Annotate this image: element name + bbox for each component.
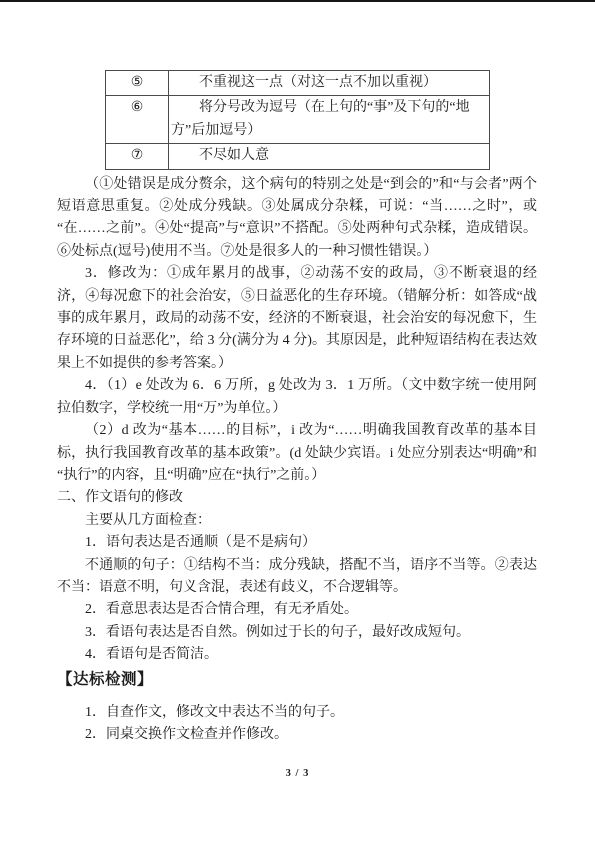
paragraph-answer-4-1: 4．（1）e 处改为 6．6 万所，g 处改为 3．1 万所。（文中数字统一使用… bbox=[57, 375, 537, 420]
page-top-edge-line bbox=[0, 0, 595, 2]
paragraph-check-item-4: 4．看语句是否简洁。 bbox=[57, 644, 537, 666]
paragraph-answer-3: 3．修改为：①成年累月的战事，②动荡不安的政局，③不断衰退的经济，④每况愈下的社… bbox=[57, 263, 537, 375]
document-page: ⑤ 不重视这一点（对这一点不加以重视） ⑥ 将分号改为逗号（在上句的“事”及下句… bbox=[0, 0, 595, 841]
paragraph-test-item-2: 2．同桌交换作文检查并作修改。 bbox=[57, 724, 537, 746]
paragraph-analysis-note: （①处错误是成分赘余，这个病句的特别之处是“到会的”和“与会者”两个短语意思重复… bbox=[57, 174, 537, 264]
table-row: ⑦ 不尽如人意 bbox=[106, 144, 490, 169]
section-heading-essay-revision: 二、作文语句的修改 bbox=[57, 487, 537, 509]
table-cell-text: 将分号改为逗号（在上句的“事”及下句的“地方”后加逗号） bbox=[169, 96, 490, 144]
table-row: ⑤ 不重视这一点（对这一点不加以重视） bbox=[106, 71, 490, 96]
paragraph-check-item-2: 2．看意思表达是否合情合理，有无矛盾处。 bbox=[57, 599, 537, 621]
paragraph-check-item-3: 3．看语句表达是否自然。例如过于长的句子，最好改成短句。 bbox=[57, 622, 537, 644]
table-cell-number: ⑥ bbox=[106, 96, 169, 144]
paragraph-check-intro: 主要从几方面检查： bbox=[57, 510, 537, 532]
paragraph-test-item-1: 1．自查作文，修改文中表达不当的句子。 bbox=[57, 702, 537, 724]
paragraph-answer-4-2: （2）d 改为“基本……的目标”，i 改为“……明确我国教育改革的基本目标，执行… bbox=[57, 420, 537, 487]
answer-table: ⑤ 不重视这一点（对这一点不加以重视） ⑥ 将分号改为逗号（在上句的“事”及下句… bbox=[105, 70, 490, 170]
table-cell-text: 不重视这一点（对这一点不加以重视） bbox=[169, 71, 490, 96]
table-cell-number: ⑦ bbox=[106, 144, 169, 169]
section-heading-standard-test: 【达标检测】 bbox=[57, 669, 537, 691]
table-cell-number: ⑤ bbox=[106, 71, 169, 96]
paragraph-check-item-1: 1．语句表达是否通顺（是不是病句） bbox=[57, 532, 537, 554]
paragraph-check-item-1-detail: 不通顺的句子：①结构不当：成分残缺，搭配不当，语序不当等。②表达不当：语意不明，… bbox=[57, 555, 537, 600]
table-row: ⑥ 将分号改为逗号（在上句的“事”及下句的“地方”后加逗号） bbox=[106, 96, 490, 144]
table-cell-text: 不尽如人意 bbox=[169, 144, 490, 169]
document-body: ⑤ 不重视这一点（对这一点不加以重视） ⑥ 将分号改为逗号（在上句的“事”及下句… bbox=[57, 70, 537, 747]
page-number: 3 / 3 bbox=[0, 763, 595, 785]
